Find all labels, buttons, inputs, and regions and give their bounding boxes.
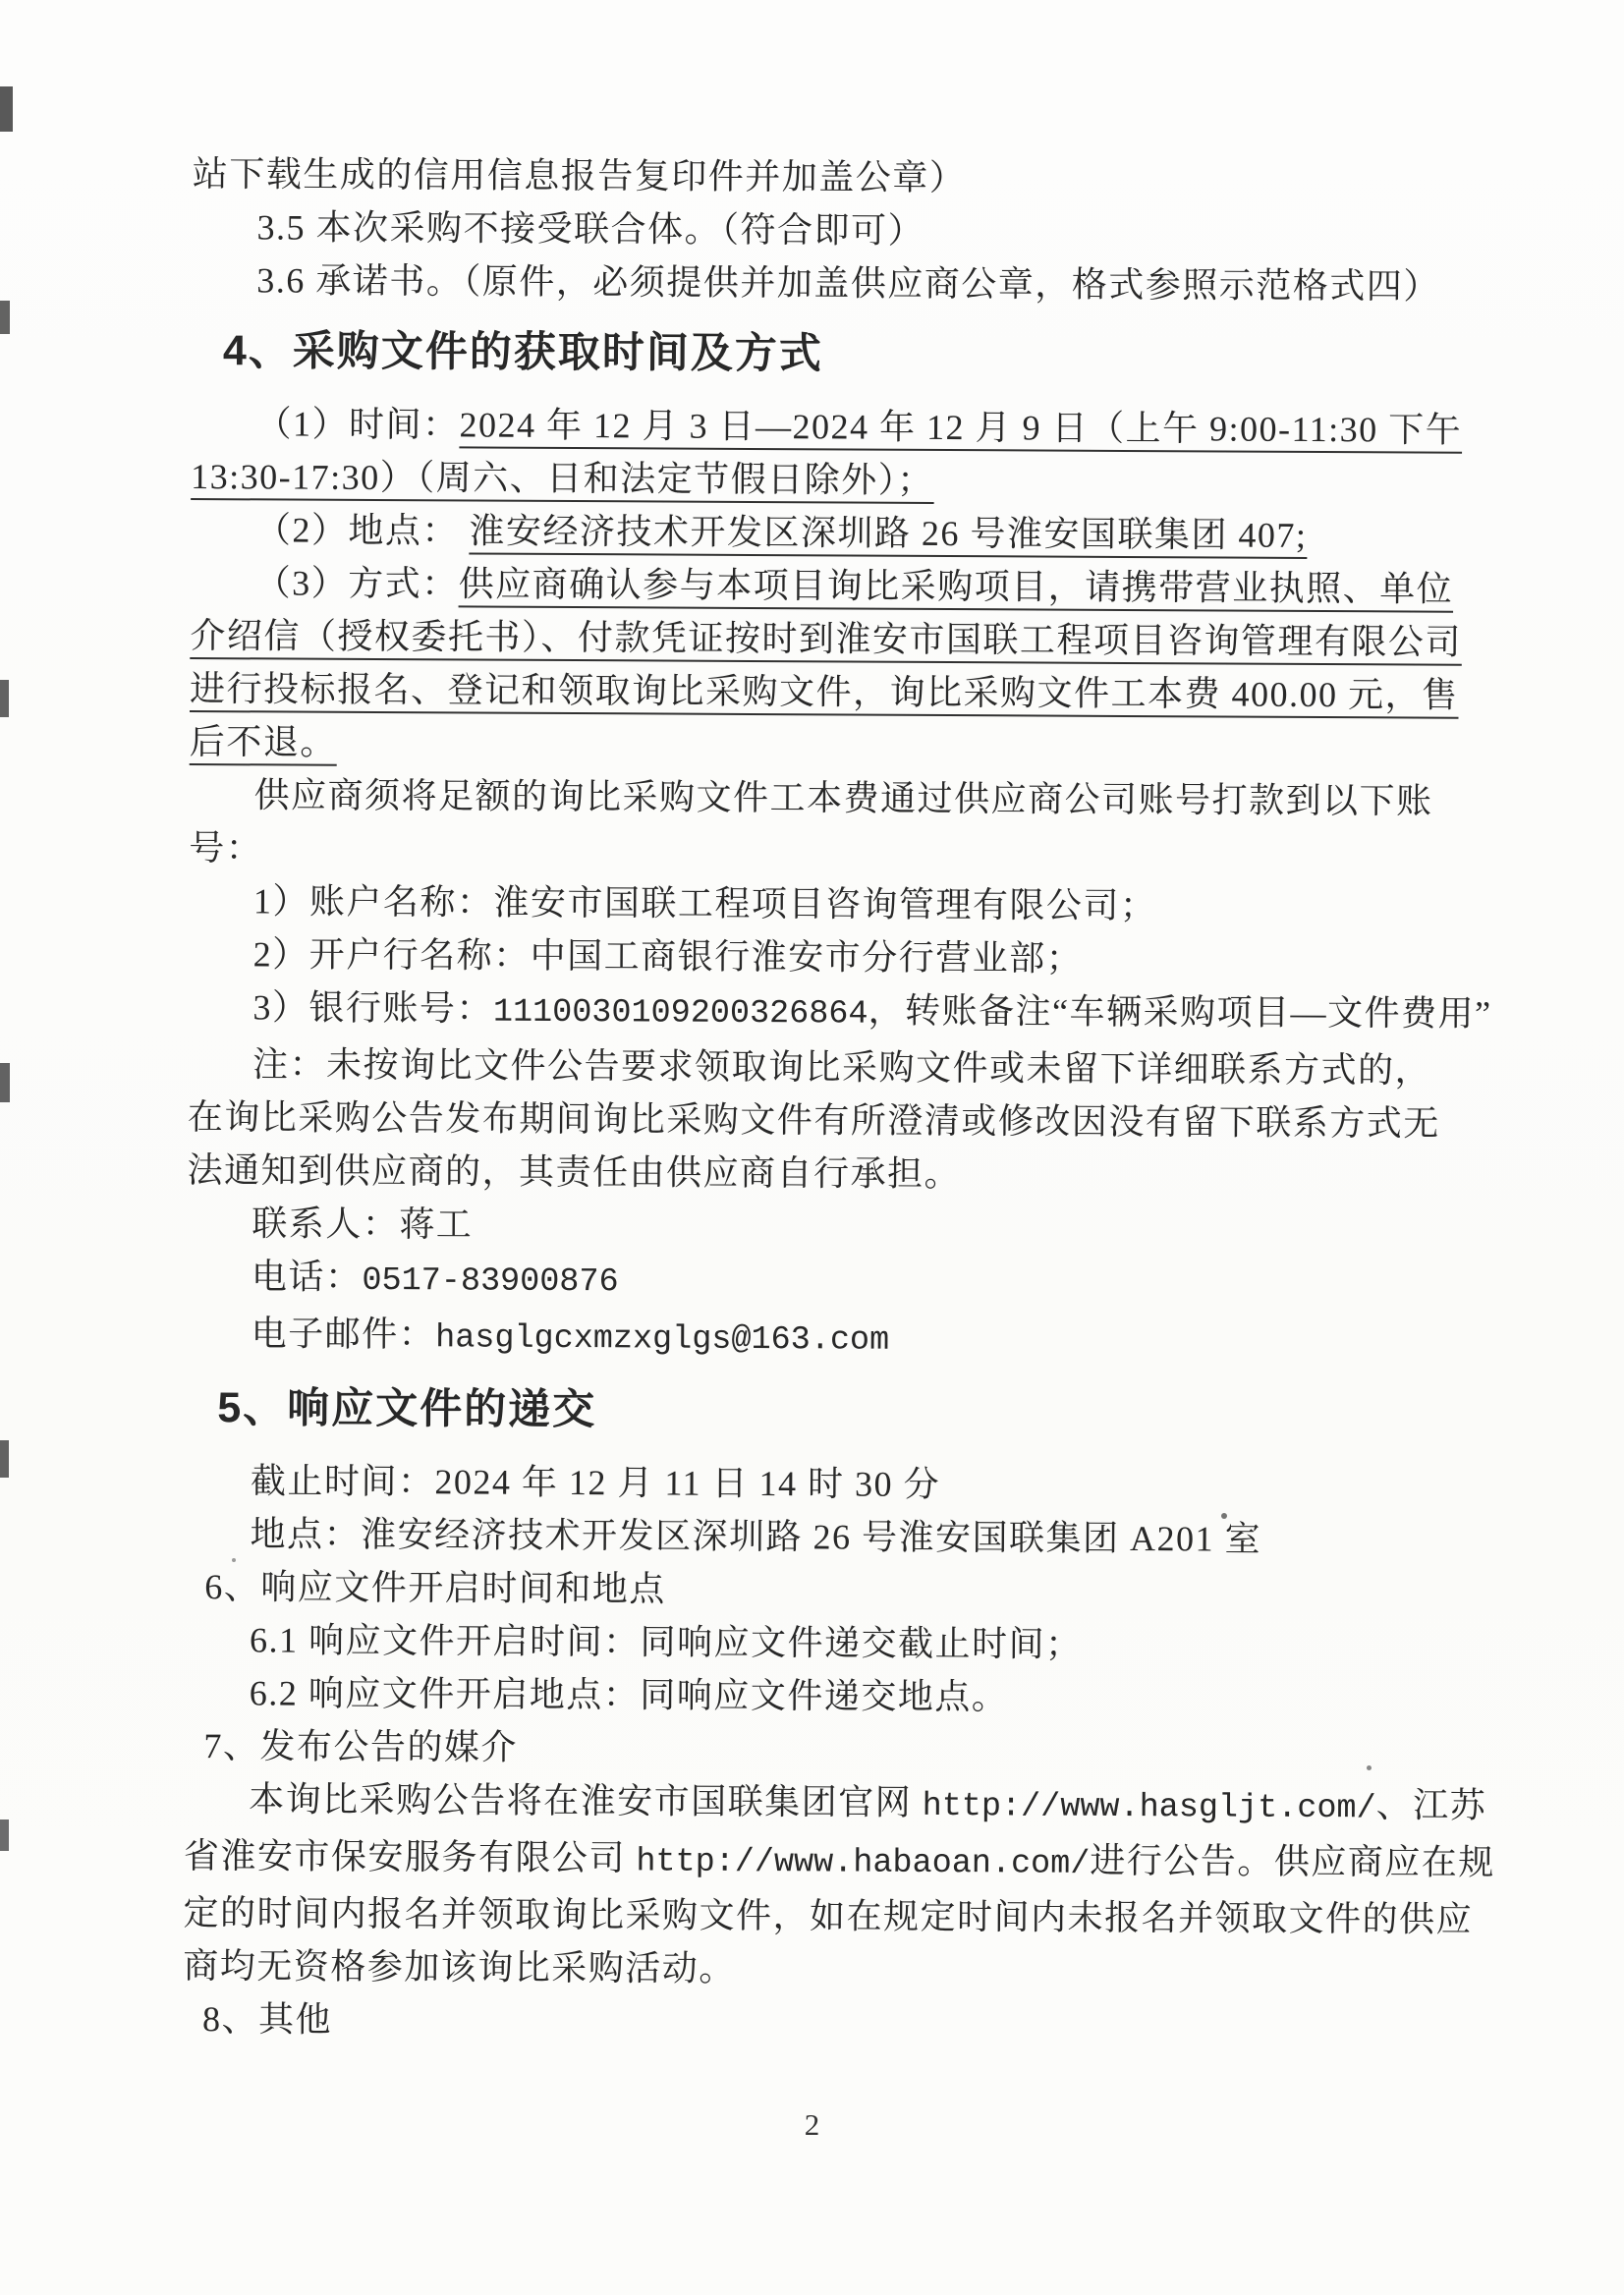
text-line: 6.2 响应文件开启地点：同响应文件递交地点。 bbox=[185, 1666, 1480, 1726]
text-segment: 3）银行账号： bbox=[252, 987, 493, 1028]
text-segment: 注：未按询比文件公告要求领取询比采购文件或未留下详细联系方式的， bbox=[252, 1044, 1431, 1090]
text-line: 13:30-17:30）（周六、日和法定节假日除外）； bbox=[191, 450, 1485, 510]
text-segment: 截止时间：2024 年 12 月 11 日 14 时 30 分 bbox=[251, 1461, 940, 1504]
text-line: 8、其他 bbox=[183, 1992, 1478, 2052]
text-line: 本询比采购公告将在淮安市国联集团官网 http://www.hasgljt.co… bbox=[184, 1772, 1479, 1836]
text-segment: 1）账户名称：淮安市国联工程项目咨询管理有限公司； bbox=[253, 881, 1157, 925]
text-line: 2）开户行名称：中国工商银行淮安市分行营业部； bbox=[189, 927, 1484, 987]
text-segment: 后不退。 bbox=[190, 722, 337, 762]
text-segment: 省淮安市保安服务有限公司 bbox=[184, 1836, 637, 1877]
text-line: 电话：0517-83900876 bbox=[187, 1250, 1482, 1314]
text-line: 3.5 本次采购不接受联合体。（符合即可） bbox=[192, 200, 1486, 260]
text-segment: 5、响应文件的递交 bbox=[217, 1384, 596, 1433]
scan-speck bbox=[232, 1558, 236, 1562]
scan-speck bbox=[1367, 1765, 1372, 1770]
text-line: 6、响应文件开启时间和地点 bbox=[185, 1560, 1480, 1620]
text-segment: ，转账备注“车辆采购项目—文件费用” bbox=[868, 991, 1491, 1034]
text-line: 定的时间内报名并领取询比采购文件，如在规定时间内未报名并领取文件的供应 bbox=[183, 1886, 1478, 1946]
text-line: 截止时间：2024 年 12 月 11 日 14 时 30 分 bbox=[186, 1454, 1481, 1514]
text-segment: 电子邮件： bbox=[252, 1314, 436, 1354]
text-segment: 地点：淮安经济技术开发区深圳路 26 号淮安国联集团 A201 室 bbox=[251, 1514, 1262, 1558]
text-segment: 供应商须将足额的询比采购文件工本费通过供应商公司账号打款到以下账 bbox=[253, 775, 1432, 820]
text-line: （2）地点： 淮安经济技术开发区深圳路 26 号淮安国联集团 407; bbox=[191, 503, 1485, 563]
text-segment: 商均无资格参加该询比采购活动。 bbox=[183, 1946, 736, 1988]
text-segment: 6、响应文件开启时间和地点 bbox=[204, 1567, 666, 1608]
text-segment: 3.6 承诺书。（原件，必须提供并加盖供应商公章，格式参照示范格式四） bbox=[256, 260, 1440, 306]
text-segment: 1110030109200326864 bbox=[493, 994, 868, 1034]
text-segment: 7、发布公告的媒介 bbox=[203, 1726, 518, 1767]
text-segment: 6.1 响应文件开启时间：同响应文件递交截止时间； bbox=[250, 1620, 1083, 1663]
text-line: 在询比采购公告发布期间询比采购文件有所澄清或修改因没有留下联系方式无 bbox=[188, 1091, 1483, 1150]
scan-speck bbox=[1221, 1513, 1227, 1519]
text-segment: http://www.hasgljt.com/ bbox=[923, 1788, 1376, 1827]
text-line: 供应商须将足额的询比采购文件工本费通过供应商公司账号打款到以下账 bbox=[189, 768, 1484, 828]
scan-speck bbox=[0, 1819, 9, 1851]
text-line: 站下载生成的信用信息报告复印件并加盖公章） bbox=[193, 147, 1487, 207]
page-number: 2 bbox=[0, 2107, 1624, 2143]
text-segment: 进行投标报名、登记和领取询比采购文件，询比采购文件工本费 400.00 元，售 bbox=[190, 669, 1459, 715]
section-heading: 5、响应文件的递交 bbox=[186, 1375, 1481, 1447]
document-page: 站下载生成的信用信息报告复印件并加盖公章）3.5 本次采购不接受联合体。（符合即… bbox=[0, 0, 1624, 2295]
scan-speck bbox=[0, 301, 10, 334]
text-line: 地点：淮安经济技术开发区深圳路 26 号淮安国联集团 A201 室 bbox=[185, 1507, 1480, 1567]
text-line: 介绍信（授权委托书）、付款凭证按时到淮安市国联工程项目咨询管理有限公司 bbox=[190, 609, 1484, 669]
text-segment: 淮安经济技术开发区深圳路 26 号淮安国联集团 407; bbox=[469, 511, 1307, 554]
text-segment: 法通知到供应商的，其责任由供应商自行承担。 bbox=[187, 1150, 961, 1194]
text-segment: 2024 年 12 月 3 日—2024 年 12 月 9 日（上午 9:00-… bbox=[459, 405, 1462, 449]
text-line: 6.1 响应文件开启时间：同响应文件递交截止时间； bbox=[185, 1613, 1480, 1673]
text-segment: 0517-83900876 bbox=[362, 1262, 618, 1301]
scan-speck bbox=[0, 680, 9, 717]
text-segment: http://www.habaoan.com/ bbox=[636, 1843, 1090, 1882]
scan-speck bbox=[0, 1063, 10, 1102]
text-line: 商均无资格参加该询比采购活动。 bbox=[183, 1939, 1478, 1999]
text-segment: 联系人：蒋工 bbox=[252, 1203, 473, 1244]
text-segment: 在询比采购公告发布期间询比采购文件有所澄清或修改因没有留下联系方式无 bbox=[188, 1097, 1440, 1144]
text-segment: （3）方式： bbox=[255, 563, 459, 603]
text-line: 3）银行账号：1110030109200326864，转账备注“车辆采购项目—文… bbox=[188, 980, 1483, 1044]
page-content: 站下载生成的信用信息报告复印件并加盖公章）3.5 本次采购不接受联合体。（符合即… bbox=[183, 147, 1487, 2052]
text-segment: 介绍信（授权委托书）、付款凭证按时到淮安市国联工程项目咨询管理有限公司 bbox=[190, 616, 1462, 662]
text-segment: 4、采购文件的获取时间及方式 bbox=[223, 327, 823, 377]
text-line: 号： bbox=[189, 821, 1484, 881]
text-segment: 进行公告。供应商应在规 bbox=[1090, 1841, 1495, 1882]
text-segment: 6.2 响应文件开启地点：同响应文件递交地点。 bbox=[250, 1673, 1009, 1716]
scan-speck bbox=[0, 1440, 9, 1478]
text-line: 注：未按询比文件公告要求领取询比采购文件或未留下详细联系方式的， bbox=[188, 1037, 1483, 1097]
text-segment: 供应商确认参与本项目询比采购项目，请携带营业执照、单位 bbox=[459, 564, 1454, 608]
text-line: 3.6 承诺书。（原件，必须提供并加盖供应商公章，格式参照示范格式四） bbox=[192, 253, 1486, 313]
section-heading: 4、采购文件的获取时间及方式 bbox=[192, 318, 1486, 390]
text-line: 7、发布公告的媒介 bbox=[184, 1719, 1479, 1779]
text-line: （3）方式：供应商确认参与本项目询比采购项目，请携带营业执照、单位 bbox=[191, 556, 1485, 616]
text-segment: （1）时间： bbox=[255, 404, 459, 444]
text-line: （1）时间：2024 年 12 月 3 日—2024 年 12 月 9 日（上午… bbox=[191, 397, 1485, 457]
text-segment: 、江苏 bbox=[1376, 1785, 1487, 1825]
text-segment: 定的时间内报名并领取询比采购文件，如在规定时间内未报名并领取文件的供应 bbox=[183, 1893, 1473, 1939]
text-line: 1）账户名称：淮安市国联工程项目咨询管理有限公司； bbox=[189, 874, 1484, 934]
text-line: 电子邮件：hasglgcxmzxglgs@163.com bbox=[187, 1307, 1482, 1371]
text-segment: 站下载生成的信用信息报告复印件并加盖公章） bbox=[193, 154, 967, 197]
text-segment: 8、其他 bbox=[202, 1999, 332, 2040]
text-segment: hasglgcxmzxglgs@163.com bbox=[435, 1319, 889, 1359]
text-segment: 13:30-17:30）（周六、日和法定节假日除外）； bbox=[191, 457, 934, 500]
text-line: 进行投标报名、登记和领取询比采购文件，询比采购文件工本费 400.00 元，售 bbox=[190, 662, 1484, 722]
scan-speck bbox=[0, 86, 13, 132]
text-segment: （2）地点： bbox=[255, 510, 470, 550]
text-segment: 电话： bbox=[252, 1257, 363, 1297]
text-segment: 3.5 本次采购不接受联合体。（符合即可） bbox=[256, 207, 924, 251]
text-line: 联系人：蒋工 bbox=[187, 1197, 1482, 1257]
text-segment: 号： bbox=[189, 828, 262, 868]
text-segment: 本询比采购公告将在淮安市国联集团官网 bbox=[249, 1779, 923, 1822]
text-line: 省淮安市保安服务有限公司 http://www.habaoan.com/进行公告… bbox=[184, 1829, 1479, 1893]
text-line: 后不退。 bbox=[190, 715, 1484, 775]
text-segment: 2）开户行名称：中国工商银行淮安市分行营业部； bbox=[253, 934, 1084, 978]
text-line: 法通知到供应商的，其责任由供应商自行承担。 bbox=[187, 1144, 1482, 1203]
